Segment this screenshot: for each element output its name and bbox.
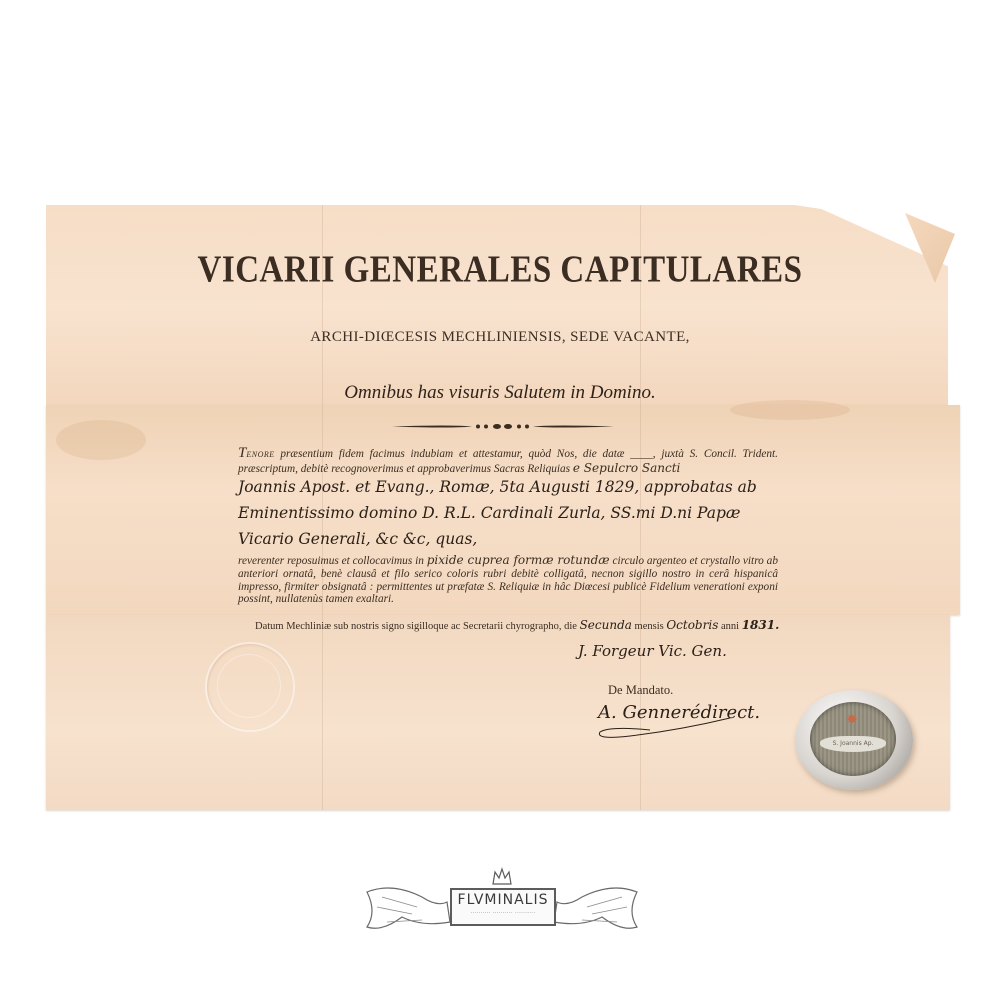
star-icon: ✸: [846, 712, 858, 729]
reliquary-label: S. Joannis Ap.: [820, 736, 886, 752]
mandato-label: De Mandato.: [608, 683, 673, 698]
logo-plate: FLVMINALIS ·········· ·········· ·······…: [450, 888, 556, 926]
handwritten-line: Vicario Generali, &c &c, quas,: [238, 526, 798, 552]
datum-day: Secunda: [580, 618, 632, 632]
handwritten-line: Eminentissimo domino D. R.L. Cardinali Z…: [238, 500, 798, 526]
ornamental-divider: [392, 424, 614, 429]
handwritten-line: Joannis Apost. et Evang., Romæ, 5ta Augu…: [238, 474, 798, 500]
document-title: VICARII GENERALES CAPITULARES: [0, 249, 1000, 292]
deposition-paragraph: reverenter reposuimus et collocavimus in…: [238, 554, 778, 606]
embossed-seal-inner: [217, 654, 281, 718]
datum-text: anni: [718, 621, 741, 632]
crown-icon: [490, 866, 514, 886]
vicar-signature: J. Forgeur Vic. Gen.: [578, 642, 727, 660]
document-subtitle: ARCHI-DIŒCESIS MECHLINIENSIS, SEDE VACAN…: [0, 329, 1000, 346]
embossed-seal: [205, 642, 295, 732]
brand-name: FLVMINALIS: [452, 892, 554, 908]
document-panel-top: [46, 205, 948, 409]
handwritten-insert: e Sepulcro Sancti: [573, 461, 680, 475]
fluminalis-watermark-logo: FLVMINALIS ·········· ·········· ·······…: [362, 866, 642, 946]
reliquary-theca: ✸ S. Joannis Ap.: [795, 690, 913, 790]
signature-flourish: [590, 700, 740, 745]
griffin-right-icon: [552, 872, 642, 942]
datum-text: mensis: [632, 621, 666, 632]
datum-line: Datum Mechliniæ sub nostris signo sigill…: [255, 618, 779, 632]
griffin-left-icon: [362, 872, 452, 942]
attestation-text: præsentium fidem facimus indubiam et att…: [238, 448, 778, 475]
handwritten-insert: pixide cuprea formæ rotundæ: [427, 553, 610, 567]
attestation-paragraph: TENORE præsentium fidem facimus indubiam…: [238, 447, 778, 476]
reliquary-window: ✸ S. Joannis Ap.: [810, 702, 896, 776]
datum-year: 1831.: [742, 618, 780, 632]
deposition-text: reverenter reposuimus et collocavimus in: [238, 555, 427, 567]
certificate-document: VICARII GENERALES CAPITULARES ARCHI-DIŒC…: [0, 0, 1000, 1000]
small-caps-word: ENORE: [246, 450, 274, 459]
greeting-line: Omnibus has visuris Salutem in Domino.: [0, 382, 1000, 404]
brand-subtitle: ·········· ·········· ··········: [452, 911, 554, 916]
datum-text: Datum Mechliniæ sub nostris signo sigill…: [255, 621, 580, 632]
datum-month: Octobris: [666, 618, 718, 632]
paper-stain: [56, 420, 146, 460]
